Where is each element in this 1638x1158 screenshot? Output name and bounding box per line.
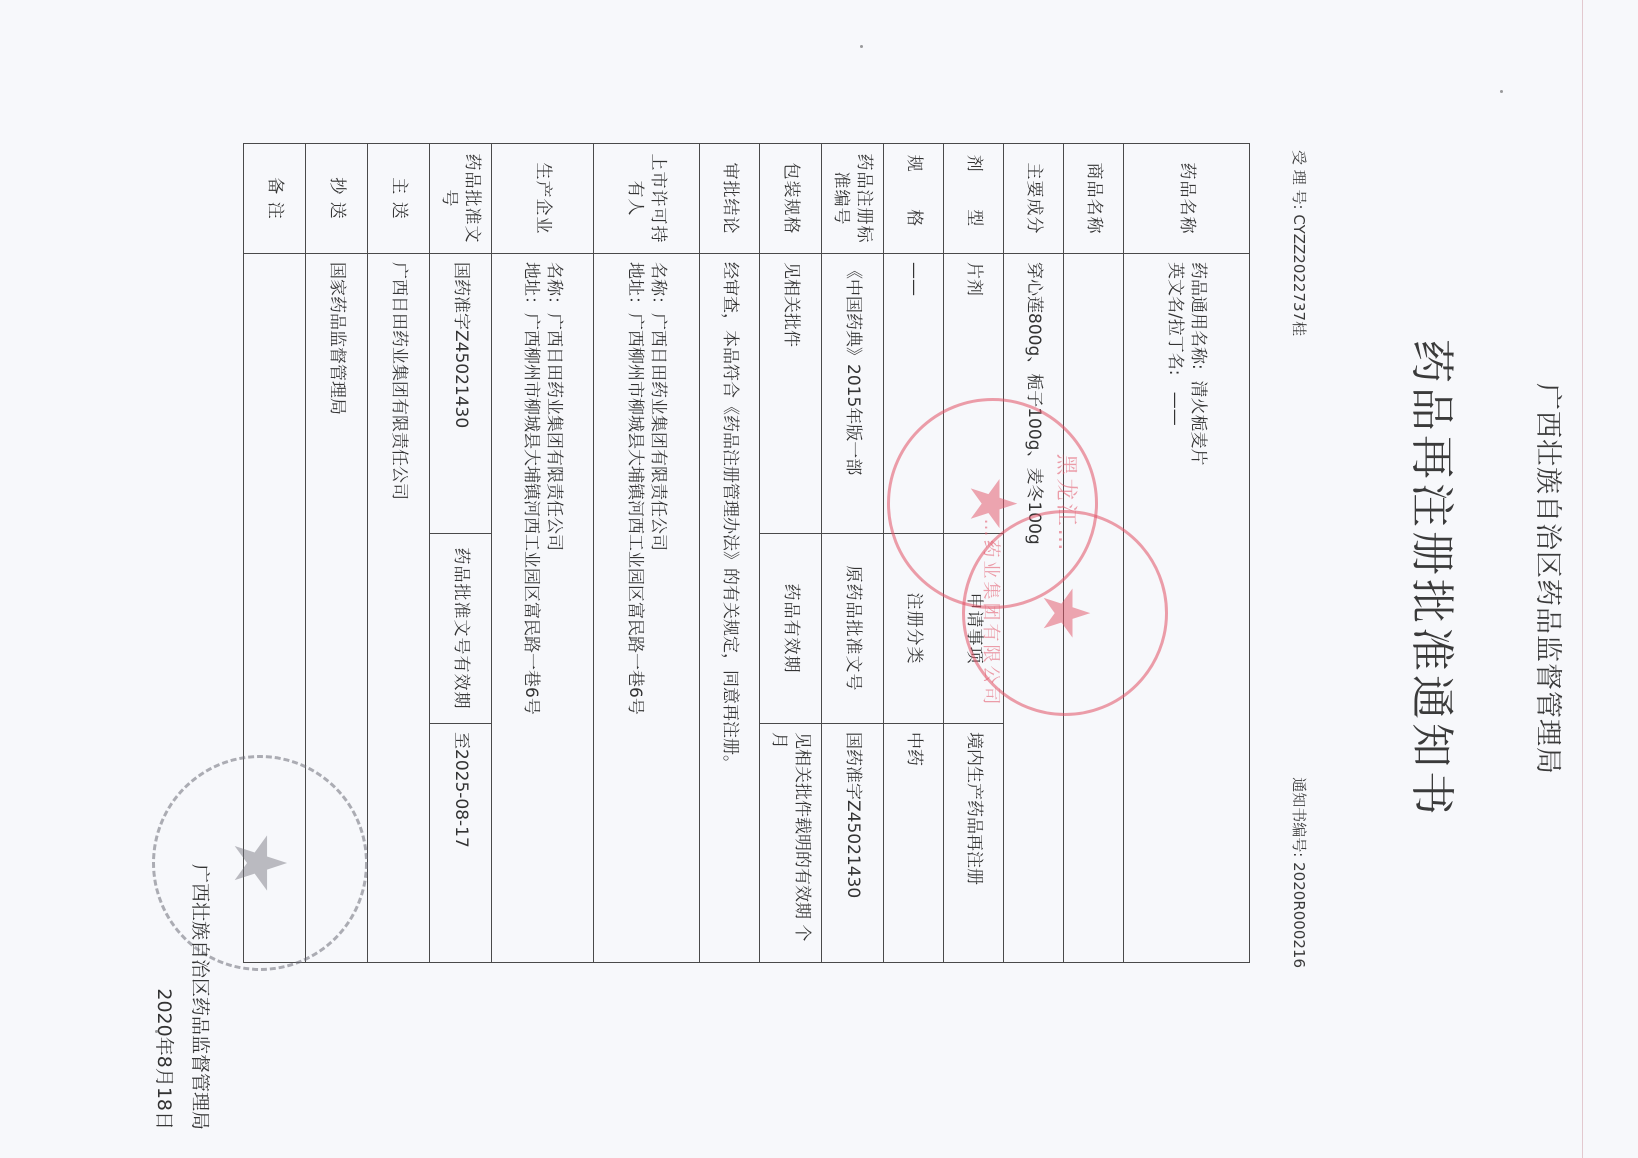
table-row: 规 格 —— 注册分类 中药 — [884, 144, 944, 963]
document-title: 药品再注册批准通知书 — [1404, 0, 1468, 1158]
registration-class-label: 注册分类 — [884, 534, 944, 724]
notice-number-value: 2020R000216 — [1290, 862, 1308, 968]
signature-block: 广西壮族自治区药品监督管理局 2020年8月18日 — [146, 690, 218, 1130]
notice-table: 药品名称 药品通用名称: 清火栀麦片 英文名/拉丁名: —— 商品名称 — [243, 143, 1250, 963]
manufacturer-label: 生产企业 — [492, 144, 594, 254]
table-row: 药品名称 药品通用名称: 清火栀麦片 英文名/拉丁名: —— — [1124, 144, 1250, 963]
notice-number: 通知书编号: 2020R000216 — [1289, 777, 1310, 968]
main-ingredients-value: 穿心莲800g、栀子100g、麦冬100g — [1004, 254, 1064, 963]
acceptance-number: 受 理 号: CYZZ2022737桂 — [1289, 150, 1310, 336]
remarks-value — [244, 254, 306, 963]
scan-speck — [1500, 90, 1503, 93]
drug-name-value: 药品通用名称: 清火栀麦片 英文名/拉丁名: —— — [1124, 254, 1250, 963]
mah-name: 名称：广西日田药业集团有限责任公司 — [647, 262, 670, 954]
application-item-value: 境内生产药品再注册 — [944, 724, 1004, 963]
signature-issuer: 广西壮族自治区药品监督管理局 — [182, 690, 218, 1130]
standard-number-label: 药品注册标准编号 — [822, 144, 884, 254]
issuing-authority: 广西壮族自治区药品监督管理局 — [1531, 0, 1570, 1158]
mah-label: 上市许可持有人 — [594, 144, 700, 254]
mah-address: 地址：广西柳州市柳城县大埔镇河西工业园区富民路一巷6号 — [624, 262, 647, 954]
document-meta: 受 理 号: CYZZ2022737桂 通知书编号: 2020R000216 — [1289, 150, 1310, 968]
cc-label: 抄 送 — [306, 144, 368, 254]
table-row: 包装规格 见相关批件 药品有效期 见相关批件载明的有效期 个月 — [760, 144, 822, 963]
approval-number-label: 药品批准文号 — [430, 144, 492, 254]
acceptance-number-label: 受 理 号: — [1290, 150, 1308, 210]
shelf-life-label: 药品有效期 — [760, 534, 822, 724]
signature-date: 2020年8月18日 — [146, 690, 182, 1130]
specification-value: —— — [884, 254, 944, 534]
original-approval-number-value: 国药准字Z45021430 — [822, 724, 884, 963]
approval-validity-label: 药品批准文号有效期 — [430, 534, 492, 724]
remarks-label: 备 注 — [244, 144, 306, 254]
specification-label: 规 格 — [884, 144, 944, 254]
table-row: 审批结论 经审查，本品符合《药品注册管理办法》的有关规定，同意再注册。 — [700, 144, 760, 963]
manufacturer-value: 名称：广西日田药业集团有限责任公司 地址：广西柳州市柳城县大埔镇河西工业园区富民… — [492, 254, 594, 963]
main-recipient-value: 广西日田药业集团有限责任公司 — [368, 254, 430, 963]
dosage-form-label: 剂 型 — [944, 144, 1004, 254]
english-name-label: 英文名/拉丁名: — [1166, 262, 1186, 375]
shelf-life-value: 见相关批件载明的有效期 个月 — [760, 724, 822, 963]
trade-name-value — [1064, 254, 1124, 963]
cc-value: 国家药品监督管理局 — [306, 254, 368, 963]
notice-table-wrapper: 药品名称 药品通用名称: 清火栀麦片 英文名/拉丁名: —— 商品名称 — [243, 143, 1250, 963]
table-row: 商品名称 — [1064, 144, 1124, 963]
main-ingredients-label: 主要成分 — [1004, 144, 1064, 254]
approval-number-value: 国药准字Z45021430 — [430, 254, 492, 534]
table-row: 主 送 广西日田药业集团有限责任公司 — [368, 144, 430, 963]
mah-value: 名称：广西日田药业集团有限责任公司 地址：广西柳州市柳城县大埔镇河西工业园区富民… — [594, 254, 700, 963]
original-approval-number-label: 原药品批准文号 — [822, 534, 884, 724]
table-row: 剂 型 片剂 申请事项 境内生产药品再注册 — [944, 144, 1004, 963]
english-name: 英文名/拉丁名: —— — [1164, 262, 1187, 954]
document-page: 广西壮族自治区药品监督管理局 药品再注册批准通知书 受 理 号: CYZZ202… — [0, 0, 1638, 1158]
dosage-form-value: 片剂 — [944, 254, 1004, 534]
generic-name-label: 药品通用名称: — [1188, 262, 1208, 370]
packaging-value: 见相关批件 — [760, 254, 822, 534]
table-row: 药品批准文号 国药准字Z45021430 药品批准文号有效期 至2025-08-… — [430, 144, 492, 963]
generic-name-value: 清火栀麦片 — [1188, 381, 1208, 466]
manufacturer-name: 名称：广西日田药业集团有限责任公司 — [543, 262, 566, 954]
table-row: 抄 送 国家药品监督管理局 — [306, 144, 368, 963]
table-row: 备 注 — [244, 144, 306, 963]
packaging-label: 包装规格 — [760, 144, 822, 254]
table-row: 生产企业 名称：广西日田药业集团有限责任公司 地址：广西柳州市柳城县大埔镇河西工… — [492, 144, 594, 963]
generic-name: 药品通用名称: 清火栀麦片 — [1187, 262, 1210, 954]
english-name-value: —— — [1166, 392, 1186, 426]
table-row: 主要成分 穿心莲800g、栀子100g、麦冬100g — [1004, 144, 1064, 963]
drug-name-label: 药品名称 — [1124, 144, 1250, 254]
acceptance-number-value: CYZZ2022737桂 — [1290, 214, 1308, 336]
table-row: 上市许可持有人 名称：广西日田药业集团有限责任公司 地址：广西柳州市柳城县大埔镇… — [594, 144, 700, 963]
registration-class-value: 中药 — [884, 724, 944, 963]
scan-speck — [155, 1030, 158, 1033]
table-row: 药品注册标准编号 《中国药典》2015年版一部 原药品批准文号 国药准字Z450… — [822, 144, 884, 963]
trade-name-label: 商品名称 — [1064, 144, 1124, 254]
scan-speck — [860, 45, 863, 48]
binding-margin-line — [1582, 0, 1583, 1158]
standard-number-value: 《中国药典》2015年版一部 — [822, 254, 884, 534]
application-item-label: 申请事项 — [944, 534, 1004, 724]
notice-number-label: 通知书编号: — [1290, 777, 1308, 857]
conclusion-value: 经审查，本品符合《药品注册管理办法》的有关规定，同意再注册。 — [700, 254, 760, 963]
approval-validity-value: 至2025-08-17 — [430, 724, 492, 963]
main-recipient-label: 主 送 — [368, 144, 430, 254]
conclusion-label: 审批结论 — [700, 144, 760, 254]
manufacturer-address: 地址：广西柳州市柳城县大埔镇河西工业园区富民路一巷6号 — [520, 262, 543, 954]
